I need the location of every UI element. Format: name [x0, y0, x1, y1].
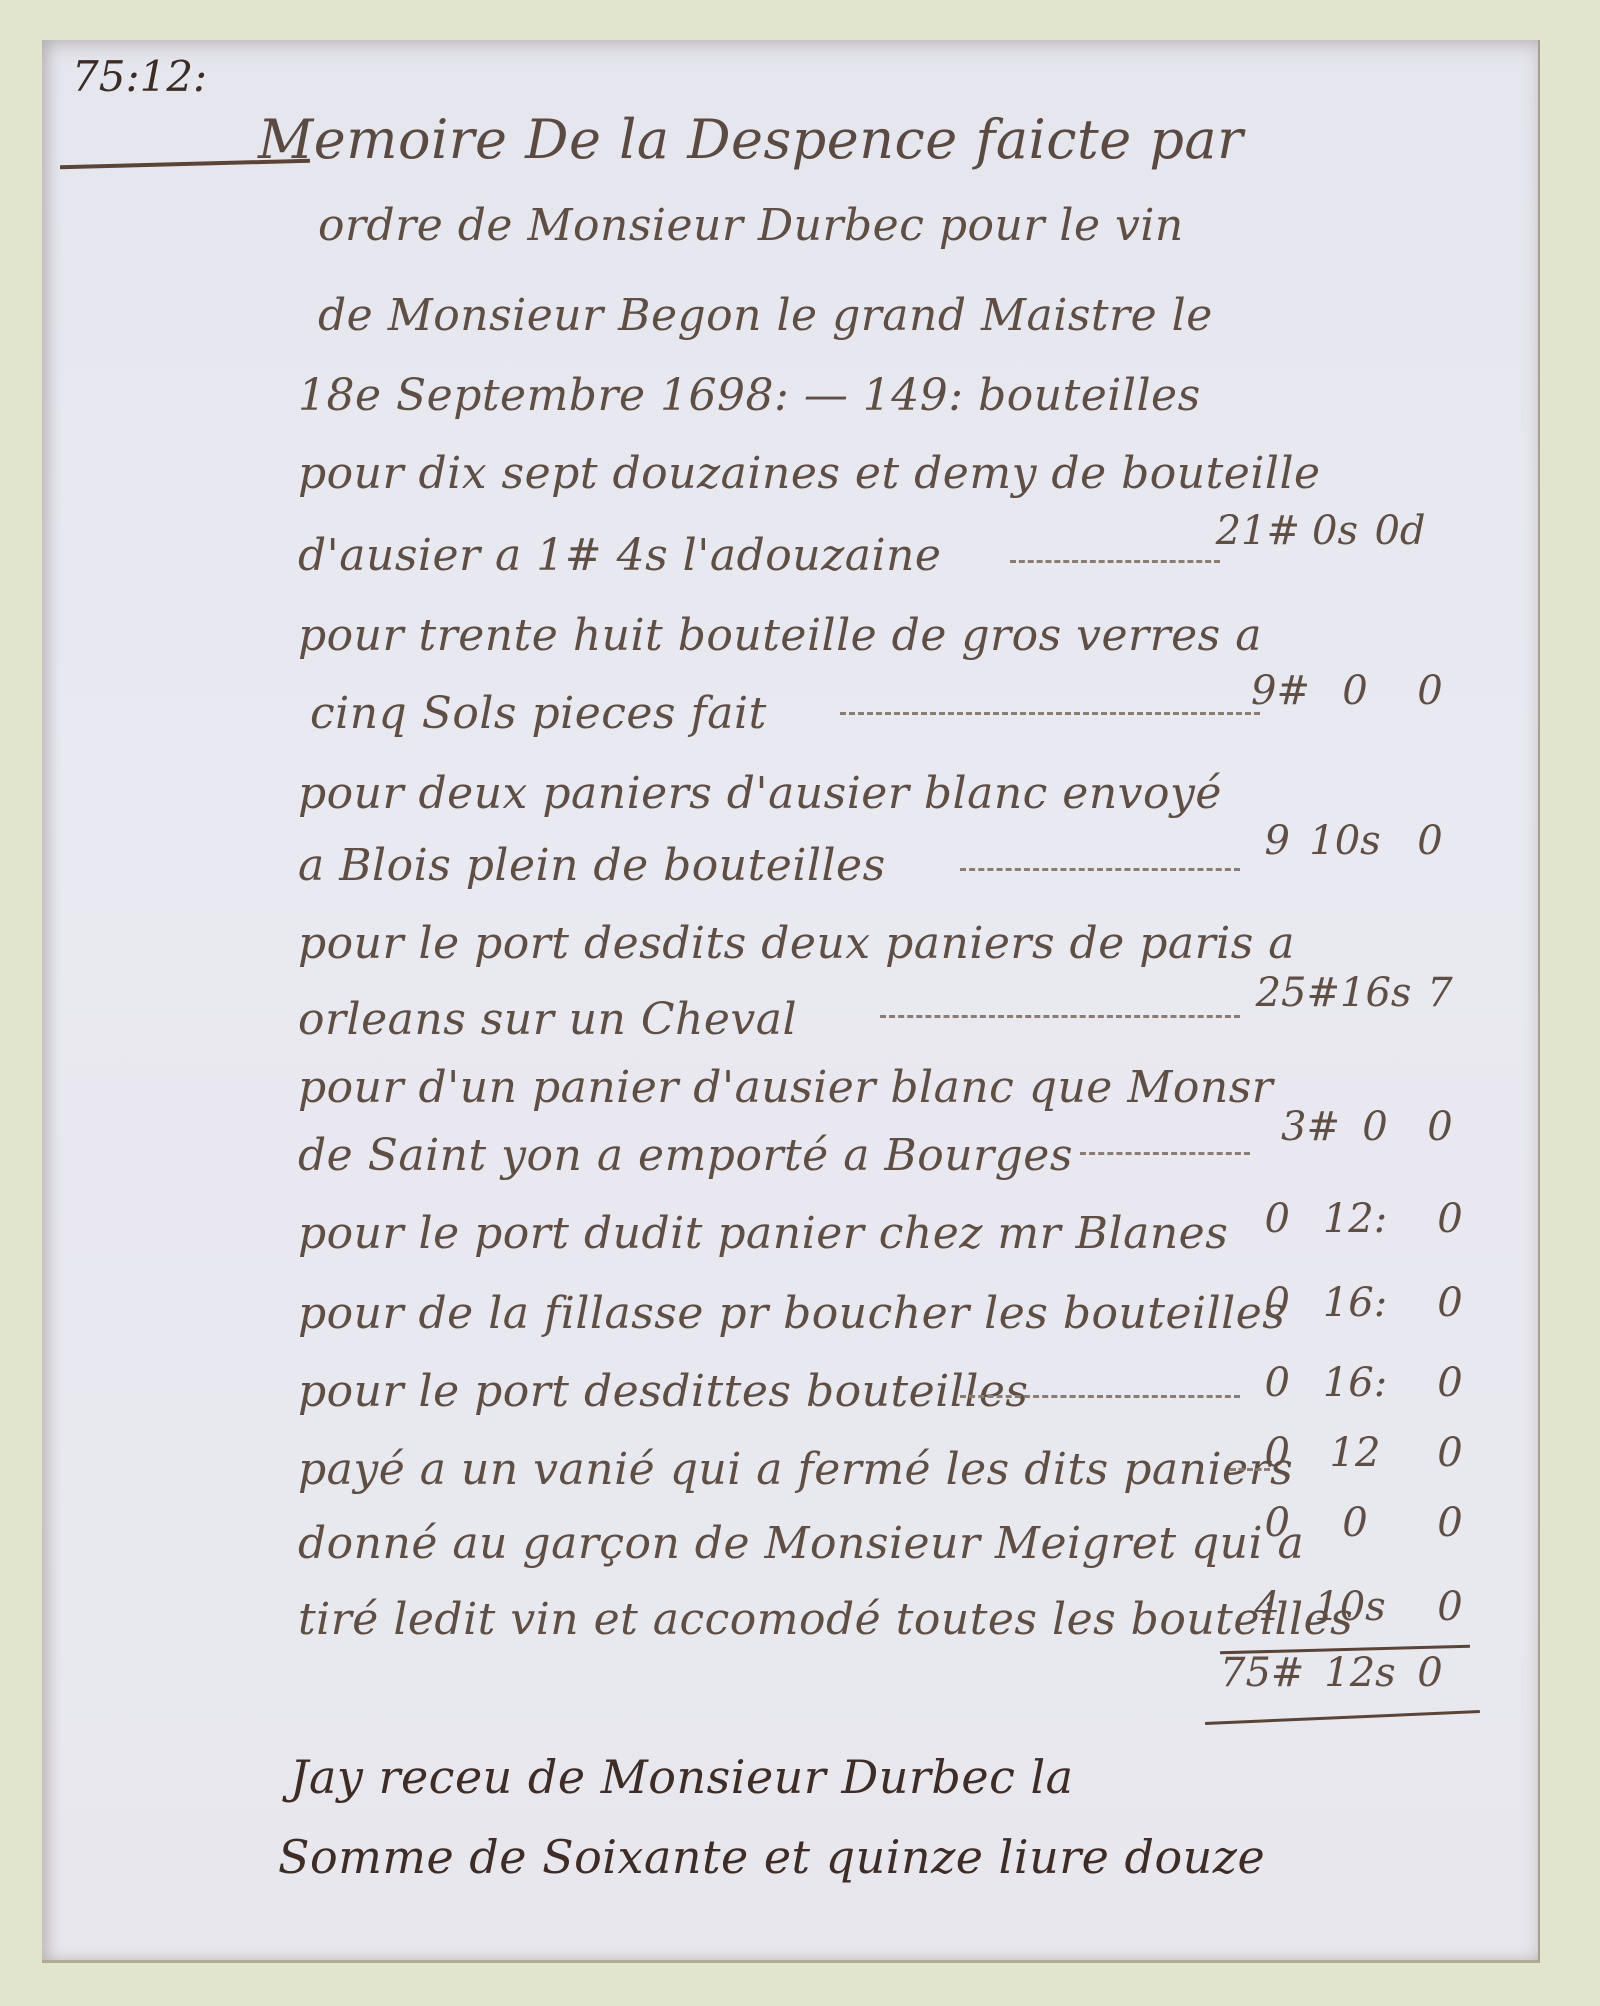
sols: 12: [1290, 1196, 1420, 1242]
entry-4-line-2: orleans sur un Cheval [298, 994, 797, 1045]
entry-3-amount: 910s0 [1230, 818, 1460, 864]
livres: 0 [1250, 1196, 1290, 1242]
entry-2-amount: 9#00 [1230, 668, 1460, 714]
deniers: 0d [1370, 508, 1430, 554]
total-amount: 75#12s0 [1220, 1650, 1460, 1696]
sols: 12 [1290, 1430, 1420, 1476]
sols: 10s [1290, 818, 1400, 864]
deniers: 0 [1420, 1500, 1480, 1546]
sols: 16: [1290, 1360, 1420, 1406]
entry-3-line-2: a Blois plein de bouteilles [298, 840, 886, 891]
sols: 10s [1280, 1584, 1420, 1630]
heading-line-4: 18e Septembre 1698: — 149: bouteilles [298, 370, 1201, 421]
livres: 0 [1250, 1430, 1290, 1476]
entry-5-amount: 3#00 [1260, 1104, 1470, 1150]
entry-9-line-1: payé a un vanié qui a fermé les dits pan… [298, 1444, 1293, 1495]
deniers: 0 [1410, 1104, 1470, 1150]
deniers: 0 [1420, 1360, 1480, 1406]
entry-2-line-2: cinq Sols pieces fait [310, 688, 767, 739]
deniers: 0 [1400, 668, 1460, 714]
entry-10-amount: 410s0 [1240, 1584, 1480, 1630]
leader-dots [1080, 1152, 1250, 1155]
deniers: 7 [1410, 970, 1470, 1016]
entry-1-amount: 21#0s0d [1200, 508, 1430, 554]
receipt-line-2: Somme de Soixante et quinze liure douze [278, 1830, 1265, 1884]
livres: 4 [1240, 1584, 1280, 1630]
entry-3-line-1: pour deux paniers d'ausier blanc envoyé [298, 768, 1222, 819]
entry-10-amount-line-1: 000 [1250, 1500, 1480, 1546]
receipt-line-1: Jay receu de Monsieur Durbec la [290, 1750, 1074, 1804]
livres: 3# [1260, 1104, 1340, 1150]
leader-dots [960, 1395, 1240, 1398]
reference-number: 75:12: [72, 52, 207, 101]
entry-8-amount: 016:0 [1250, 1360, 1480, 1406]
leader-dots [840, 712, 1260, 715]
deniers: 0 [1420, 1430, 1480, 1476]
entry-9-amount: 0120 [1250, 1430, 1480, 1476]
entry-2-line-1: pour trente huit bouteille de gros verre… [298, 610, 1262, 661]
entry-1-line-1: pour dix sept douzaines et demy de boute… [298, 448, 1321, 499]
leader-dots [880, 1015, 1240, 1018]
total-sols: 12s [1320, 1650, 1400, 1696]
entry-4-line-1: pour le port desdits deux paniers de par… [298, 918, 1295, 969]
heading-line-2: ordre de Monsieur Durbec pour le vin [318, 200, 1184, 251]
entry-1-line-2: d'ausier a 1# 4s l'adouzaine [298, 530, 941, 581]
leader-dots [960, 868, 1240, 871]
livres: 0 [1250, 1360, 1290, 1406]
entry-8-line-1: pour le port desdittes bouteilles [298, 1366, 1029, 1417]
entry-10-line-2: tiré ledit vin et accomodé toutes les bo… [298, 1594, 1353, 1645]
livres: 25# [1250, 970, 1340, 1016]
livres: 0 [1250, 1280, 1290, 1326]
heading-line-3: de Monsieur Begon le grand Maistre le [318, 290, 1213, 341]
entry-10-line-1: donné au garçon de Monsieur Meigret qui … [298, 1518, 1304, 1569]
sols: 0 [1290, 1500, 1420, 1546]
total-livres: 75# [1220, 1650, 1320, 1696]
entry-5-line-1: pour d'un panier d'ausier blanc que Mons… [298, 1062, 1273, 1113]
livres: 9 [1230, 818, 1290, 864]
livres: 0 [1250, 1500, 1290, 1546]
livres: 9# [1230, 668, 1310, 714]
deniers: 0 [1420, 1280, 1480, 1326]
deniers: 0 [1420, 1196, 1480, 1242]
entry-6-line-1: pour le port dudit panier chez mr Blanes [298, 1208, 1228, 1259]
deniers: 0 [1400, 818, 1460, 864]
sols: 16s [1340, 970, 1410, 1016]
livres: 21# [1200, 508, 1300, 554]
total-deniers: 0 [1400, 1650, 1460, 1696]
sols: 16: [1290, 1280, 1420, 1326]
deniers: 0 [1420, 1584, 1480, 1630]
sols: 0 [1340, 1104, 1410, 1150]
heading-line-1: Memoire De la Despence faicte par [258, 108, 1243, 171]
sols: 0s [1300, 508, 1370, 554]
sols: 0 [1310, 668, 1400, 714]
leader-dots [1010, 560, 1220, 563]
entry-6-amount: 012:0 [1250, 1196, 1480, 1242]
entry-5-line-2: de Saint yon a emporté a Bourges [298, 1130, 1073, 1181]
entry-7-line-1: pour de la fillasse pr boucher les boute… [298, 1288, 1285, 1339]
entry-7-amount: 016:0 [1250, 1280, 1480, 1326]
entry-4-amount: 25#16s7 [1250, 970, 1470, 1016]
